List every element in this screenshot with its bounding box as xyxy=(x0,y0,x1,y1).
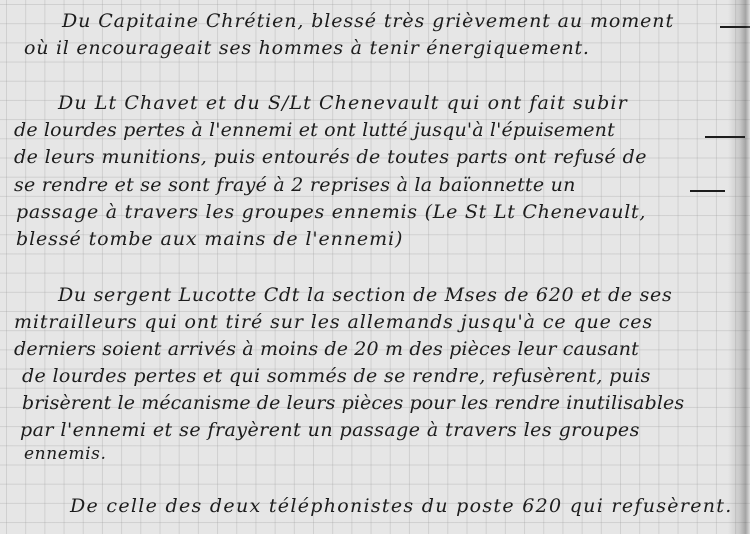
text-line: derniers soient arrivés à moins de 20 m … xyxy=(14,340,639,359)
line-filler-stroke xyxy=(705,136,745,138)
text-line: mitrailleurs qui ont tiré sur les allema… xyxy=(14,313,653,332)
text-line: Du Capitaine Chrétien, blessé très grièv… xyxy=(62,12,674,31)
text-line: Du sergent Lucotte Cdt la section de Mse… xyxy=(58,286,672,305)
text-line: de lourdes pertes à l'ennemi et ont lutt… xyxy=(14,121,615,140)
line-filler-stroke xyxy=(690,190,725,192)
line-filler-stroke xyxy=(720,26,750,28)
handwritten-page: Du Capitaine Chrétien, blessé très grièv… xyxy=(0,0,750,534)
text-line: se rendre et se sont frayé à 2 reprises … xyxy=(14,176,576,195)
text-line: de lourdes pertes et qui sommés de se re… xyxy=(22,367,651,386)
text-line: De celle des deux téléphonistes du poste… xyxy=(70,497,733,516)
text-line: ennemis. xyxy=(24,446,107,463)
text-line: où il encourageait ses hommes à tenir én… xyxy=(24,39,590,58)
text-line: blessé tombe aux mains de l'ennemi) xyxy=(16,230,403,249)
text-line: brisèrent le mécanisme de leurs pièces p… xyxy=(22,394,684,413)
text-line: par l'ennemi et se frayèrent un passage … xyxy=(20,421,640,440)
text-line: passage à travers les groupes ennemis (L… xyxy=(16,203,646,222)
text-line: Du Lt Chavet et du S/Lt Chenevault qui o… xyxy=(58,94,628,113)
text-line: de leurs munitions, puis entourés de tou… xyxy=(14,148,647,167)
